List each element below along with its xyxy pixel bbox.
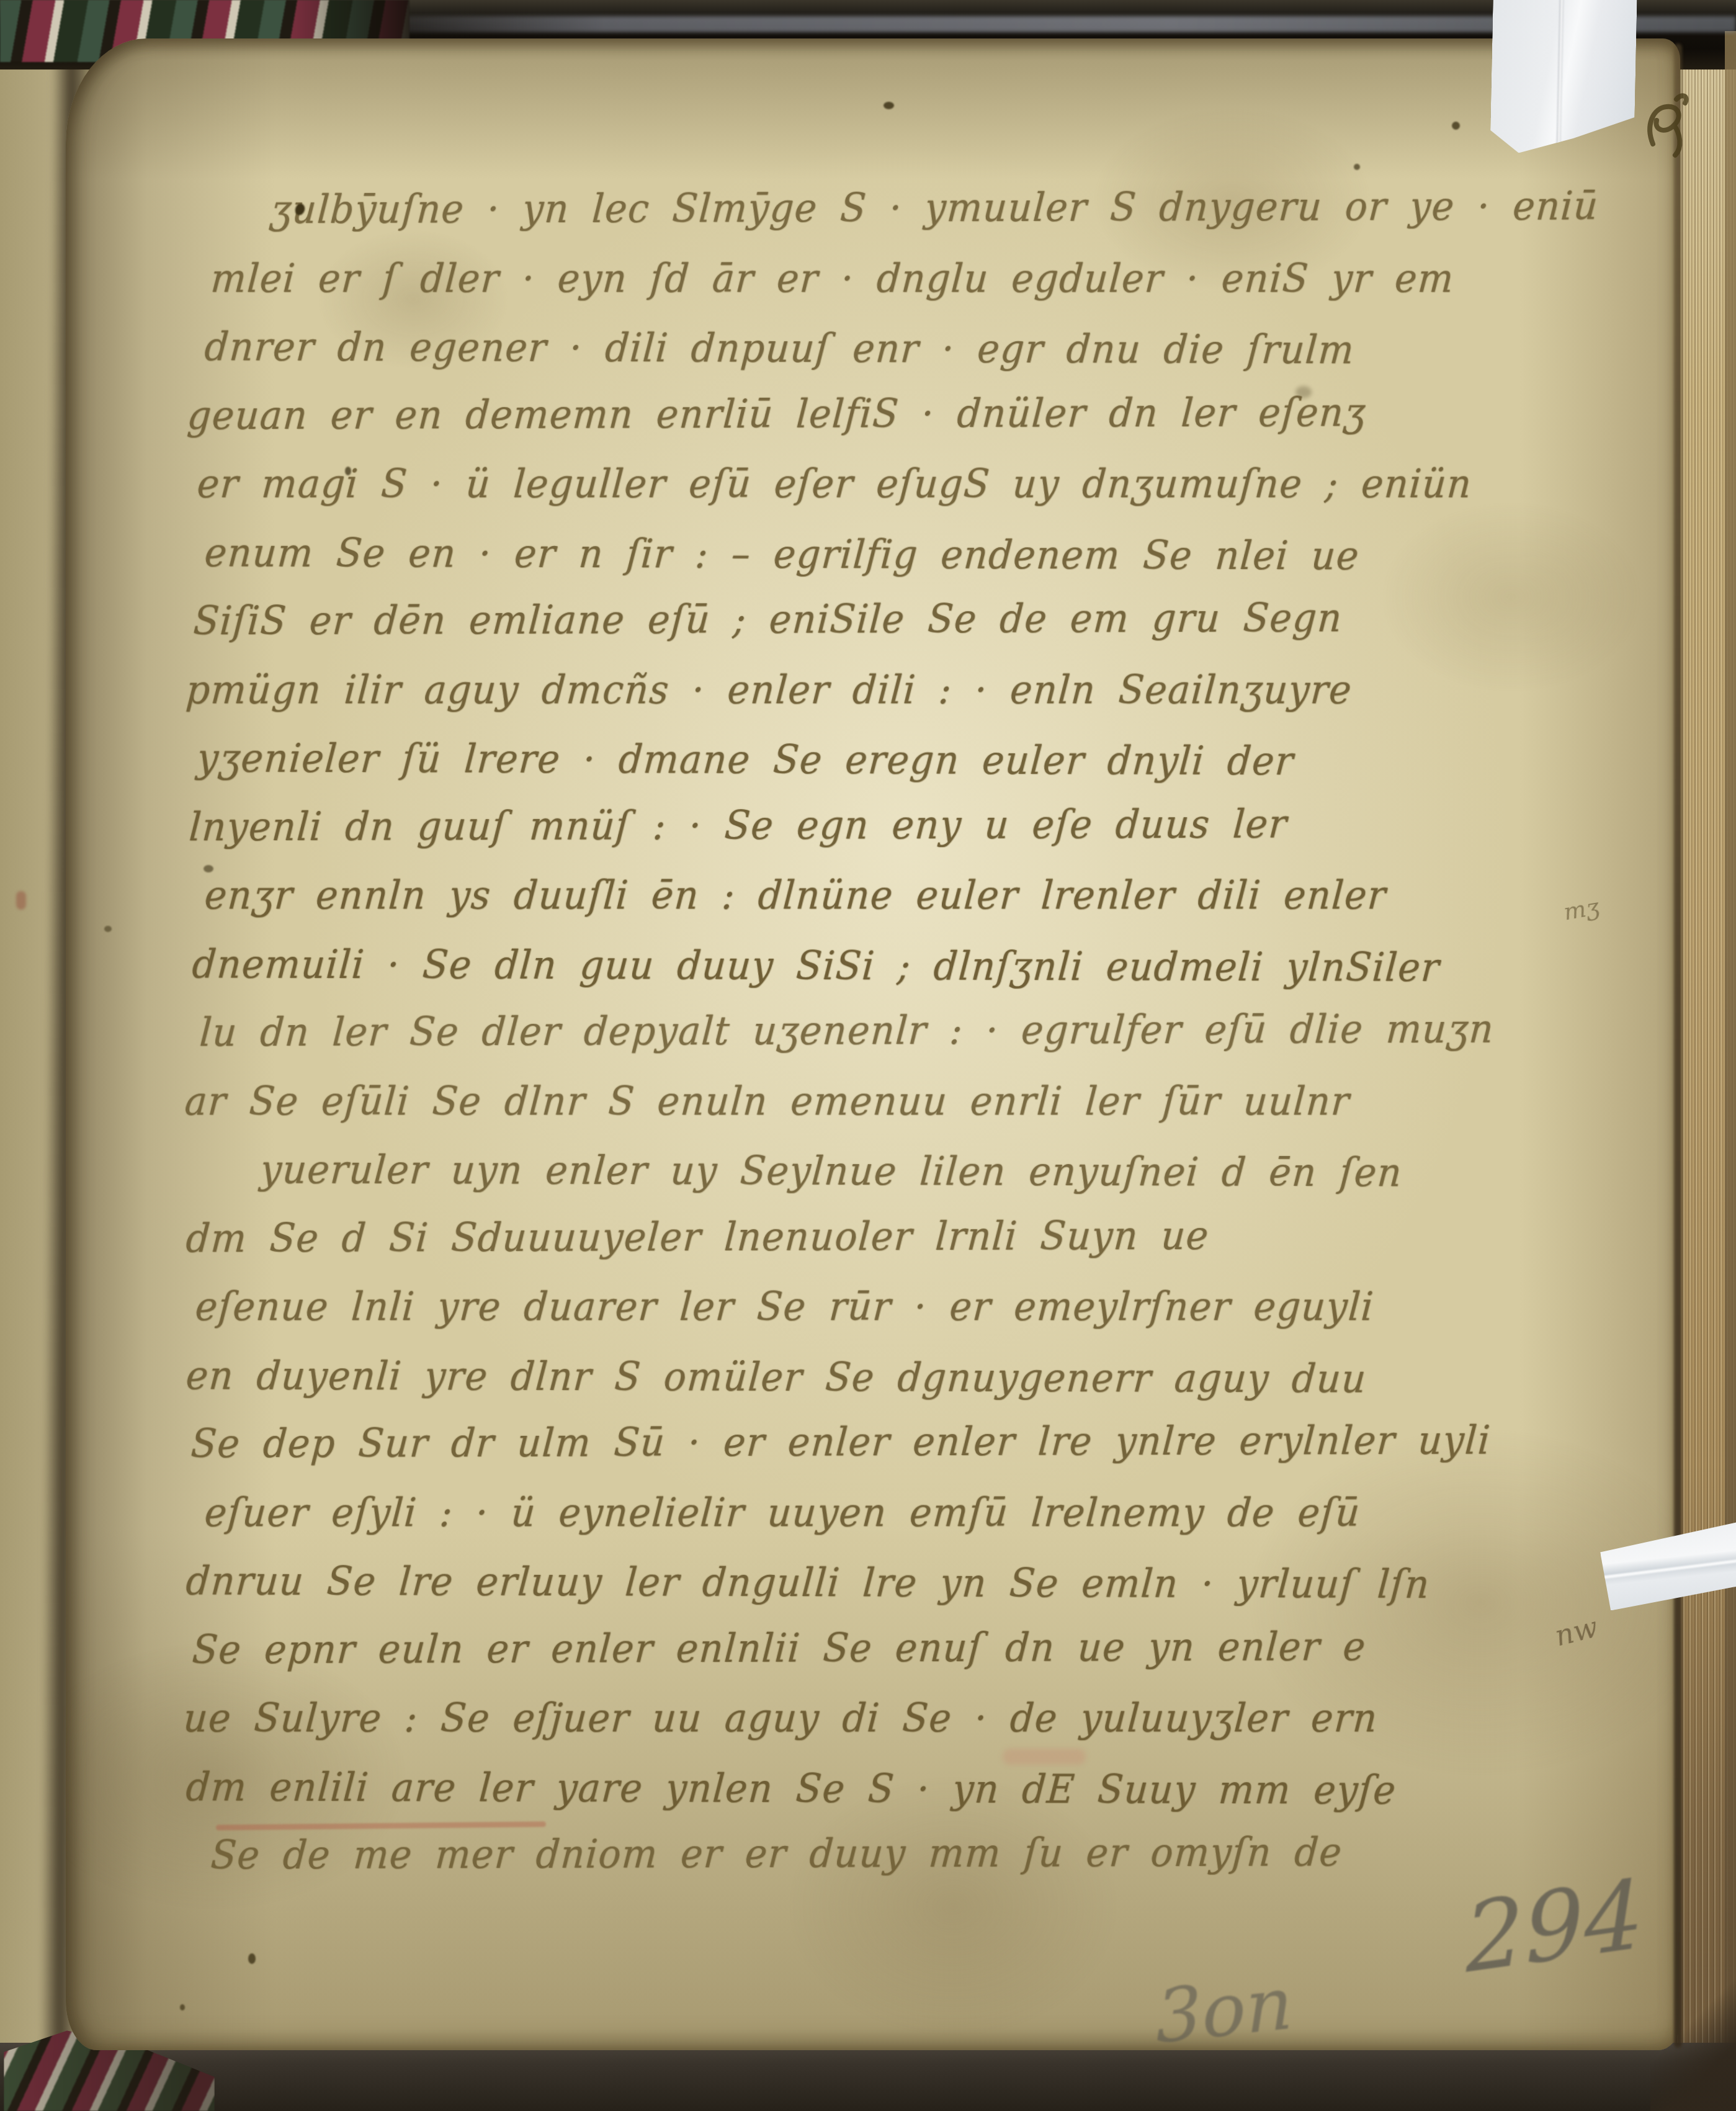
manuscript-photo: { "manuscript": { "first_line_y": 360, "… — [0, 0, 1736, 2111]
manuscript-line: ue Sulyre : Se eſjuer uu aguy di Se · de… — [182, 1699, 1379, 1738]
ink-speck — [1295, 386, 1312, 398]
manuscript-line: ar Se eſūli Se dlnr S enuln emenuu enrli… — [184, 1082, 1351, 1121]
manuscript-line: lu dn ler Se dler depyalt uʒenenlr : · e… — [199, 1010, 1495, 1052]
manuscript-line: Se epnr euln er enler enlnlii Se enuſ dn… — [191, 1627, 1367, 1669]
manuscript-line: geuan er en dememn enrliū lelfiS · dnüle… — [186, 393, 1367, 435]
pencil-bottom-number: 3on — [1154, 1960, 1294, 2059]
ink-speck — [248, 1953, 256, 1964]
manuscript-line: lnyenli dn guuſ mnüſ : · Se egn eny u eſ… — [188, 805, 1289, 847]
manuscript-line: mlei er ſ dler · eyn ſd ār er · dnglu eg… — [210, 259, 1456, 298]
manuscript-line: SiſiS er dēn emliane eſū ; eniSile Se de… — [192, 598, 1344, 640]
manuscript-line: yʒenieler ſü lrere · dmane Se eregn eule… — [196, 739, 1295, 781]
text-block: ʒulbȳuſne · yn lec Slmȳge S · ymuuler S … — [0, 0, 1736, 2111]
ink-speck — [104, 926, 112, 932]
manuscript-line: yueruler uyn enler uy Seylnue lilen enyu… — [259, 1150, 1404, 1193]
ink-speck — [1354, 164, 1360, 170]
ink-speck — [204, 865, 213, 872]
ink-speck — [345, 467, 351, 475]
manuscript-line: er magi S · ü leguller eſū eſer eſugS uy… — [196, 465, 1474, 504]
ink-speck — [1452, 122, 1460, 130]
ink-speck — [884, 102, 894, 109]
manuscript-line: ʒulbȳuſne · yn lec Slmȳge S · ymuuler S … — [269, 187, 1600, 230]
manuscript-line: enum Se en · er n ſir : – egrilfig enden… — [204, 534, 1361, 576]
manuscript-line: Se dep Sur dr ulm Sū · er enler enler lr… — [190, 1421, 1492, 1464]
manuscript-line: pmügn ilir aguy dmcñs · enler dili : · e… — [185, 671, 1354, 710]
manuscript-line: dnemuili · Se dln guu duuy SiSi ; dlnſʒn… — [191, 945, 1441, 988]
red-smudge-mark — [1003, 1749, 1086, 1765]
manuscript-line: dm Se d Si Sduuuuyeler lnenuoler lrnli S… — [185, 1216, 1210, 1258]
manuscript-line: dnrer dn egener · dili dnpuuſ enr · egr … — [204, 328, 1356, 370]
manuscript-line: Se de me mer dniom er er duuy mm ſu er o… — [210, 1832, 1344, 1875]
ink-speck — [180, 2004, 185, 2010]
margin-ink-mark-upper: mʒ — [1562, 894, 1601, 923]
folio-ink-mark — [1644, 91, 1693, 175]
manuscript-line: en duyenli yre dlnr S omüler Se dgnuygen… — [185, 1356, 1368, 1399]
manuscript-line: eſenue lnli yre duarer ler Se rūr · er e… — [194, 1288, 1376, 1327]
manuscript-line: dnruu Se lre erluuy ler dngulli lre yn S… — [185, 1562, 1431, 1605]
manuscript-line: enʒr ennln ys duuſli ēn : dlnüne euler l… — [204, 876, 1388, 915]
manuscript-line: dm enlili are ler yare ynlen Se S · yn d… — [185, 1768, 1398, 1810]
manuscript-line: eſuer eſyli : · ü eynelielir uuyen emſū … — [204, 1494, 1362, 1533]
red-fleck-gutter — [16, 891, 26, 910]
